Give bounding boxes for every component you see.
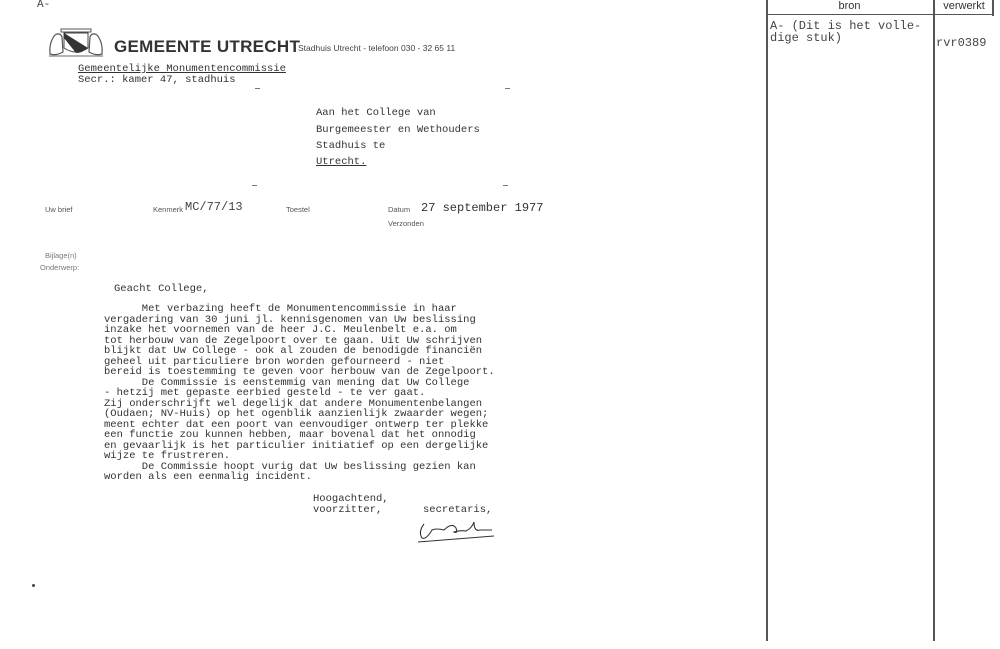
datum-value: 27 september 1977 (421, 201, 543, 215)
scan-speck (32, 584, 35, 587)
addressee-line: Burgemeester en Wethouders (316, 125, 480, 136)
signatory-secretary: secretaris, (423, 505, 492, 516)
kenmerk-value: MC/77/13 (185, 200, 243, 214)
org-name: GEMEENTE UTRECHT (114, 37, 300, 57)
fold-mark (505, 88, 510, 89)
secretariat-address: Secr.: kamer 47, stadhuis (78, 75, 236, 86)
addressee-line: Utrecht. (316, 157, 366, 168)
fold-mark (252, 185, 257, 186)
kenmerk-label: Kenmerk (153, 205, 183, 214)
table-border-left (766, 0, 768, 641)
body-line: worden als een eenmalig incident. (104, 472, 312, 483)
header-bron: bron (766, 0, 933, 12)
table-border-middle (933, 0, 935, 641)
datum-label: Datum (388, 205, 410, 214)
header-divider (766, 14, 994, 15)
signatory-chair: voorzitter, (313, 505, 382, 516)
uw-brief-label: Uw brief (45, 205, 73, 214)
signature-icon (414, 518, 504, 546)
header-verwerkt: verwerkt (935, 0, 993, 12)
coat-of-arms-icon (47, 26, 105, 58)
archive-table: bron verwerkt A- (Dit is het volle- dige… (766, 0, 994, 641)
verzonden-label: Verzonden (388, 219, 424, 228)
addressee-line: Stadhuis te (316, 141, 385, 152)
fold-mark (255, 88, 260, 89)
verwerkt-cell: rvr0389 (936, 36, 986, 50)
page-marker: A- (37, 0, 50, 11)
bron-cell-line: dige stuk) (770, 31, 842, 45)
org-contact: Stadhuis Utrecht - telefoon 030 - 32 65 … (298, 43, 455, 53)
fold-mark (503, 185, 508, 186)
addressee-line: Aan het College van (316, 108, 436, 119)
onderwerp-label: Onderwerp: (40, 263, 79, 272)
salutation: Geacht College, (114, 284, 209, 295)
toestel-label: Toestel (286, 205, 310, 214)
bijlage-label: Bijlage(n) (45, 251, 77, 260)
